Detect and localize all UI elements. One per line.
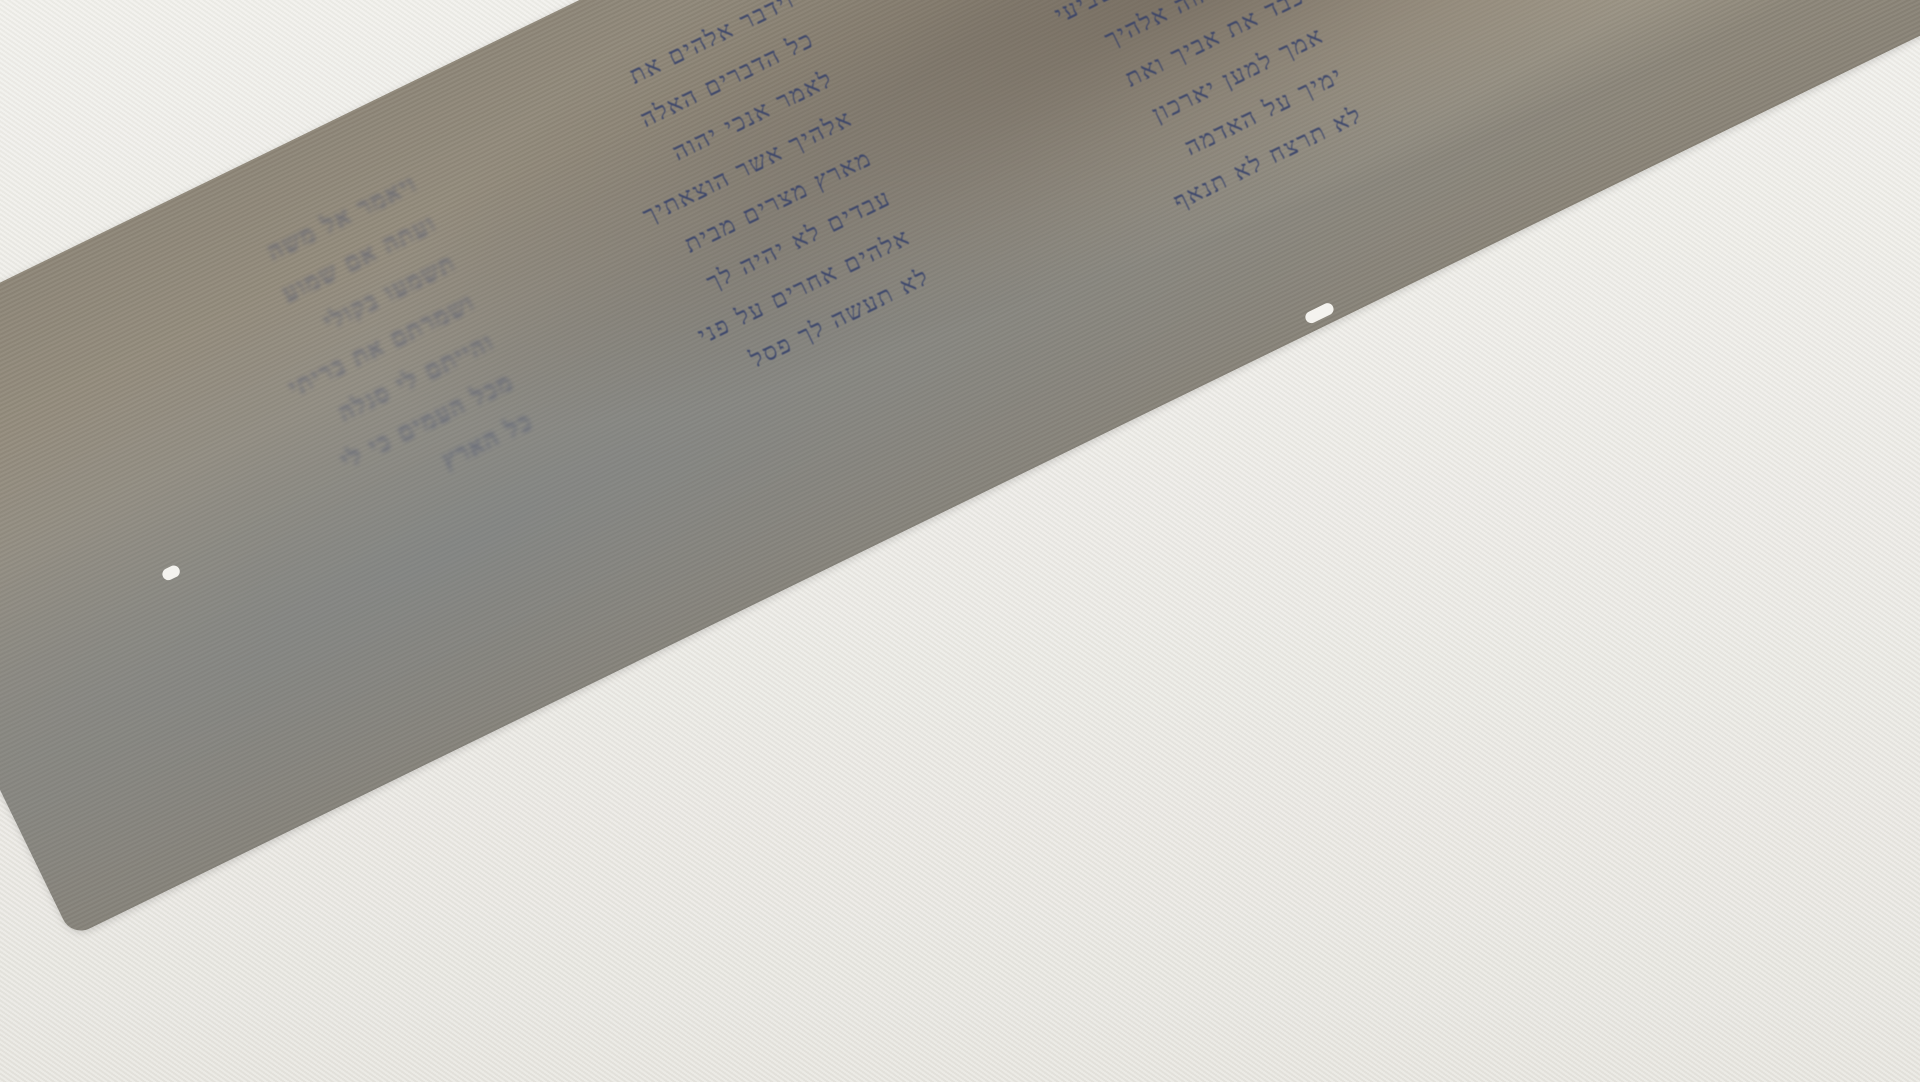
text-column-2: וידבר אלהים את כל הדברים האלה לאמר אנכי … — [460, 0, 938, 452]
parchment-hole — [160, 564, 181, 583]
parchment-hole — [1303, 301, 1335, 325]
text-column-1: ויאמר אל משה ועתה אם שמוע תשמעו בקולי וש… — [109, 162, 541, 583]
